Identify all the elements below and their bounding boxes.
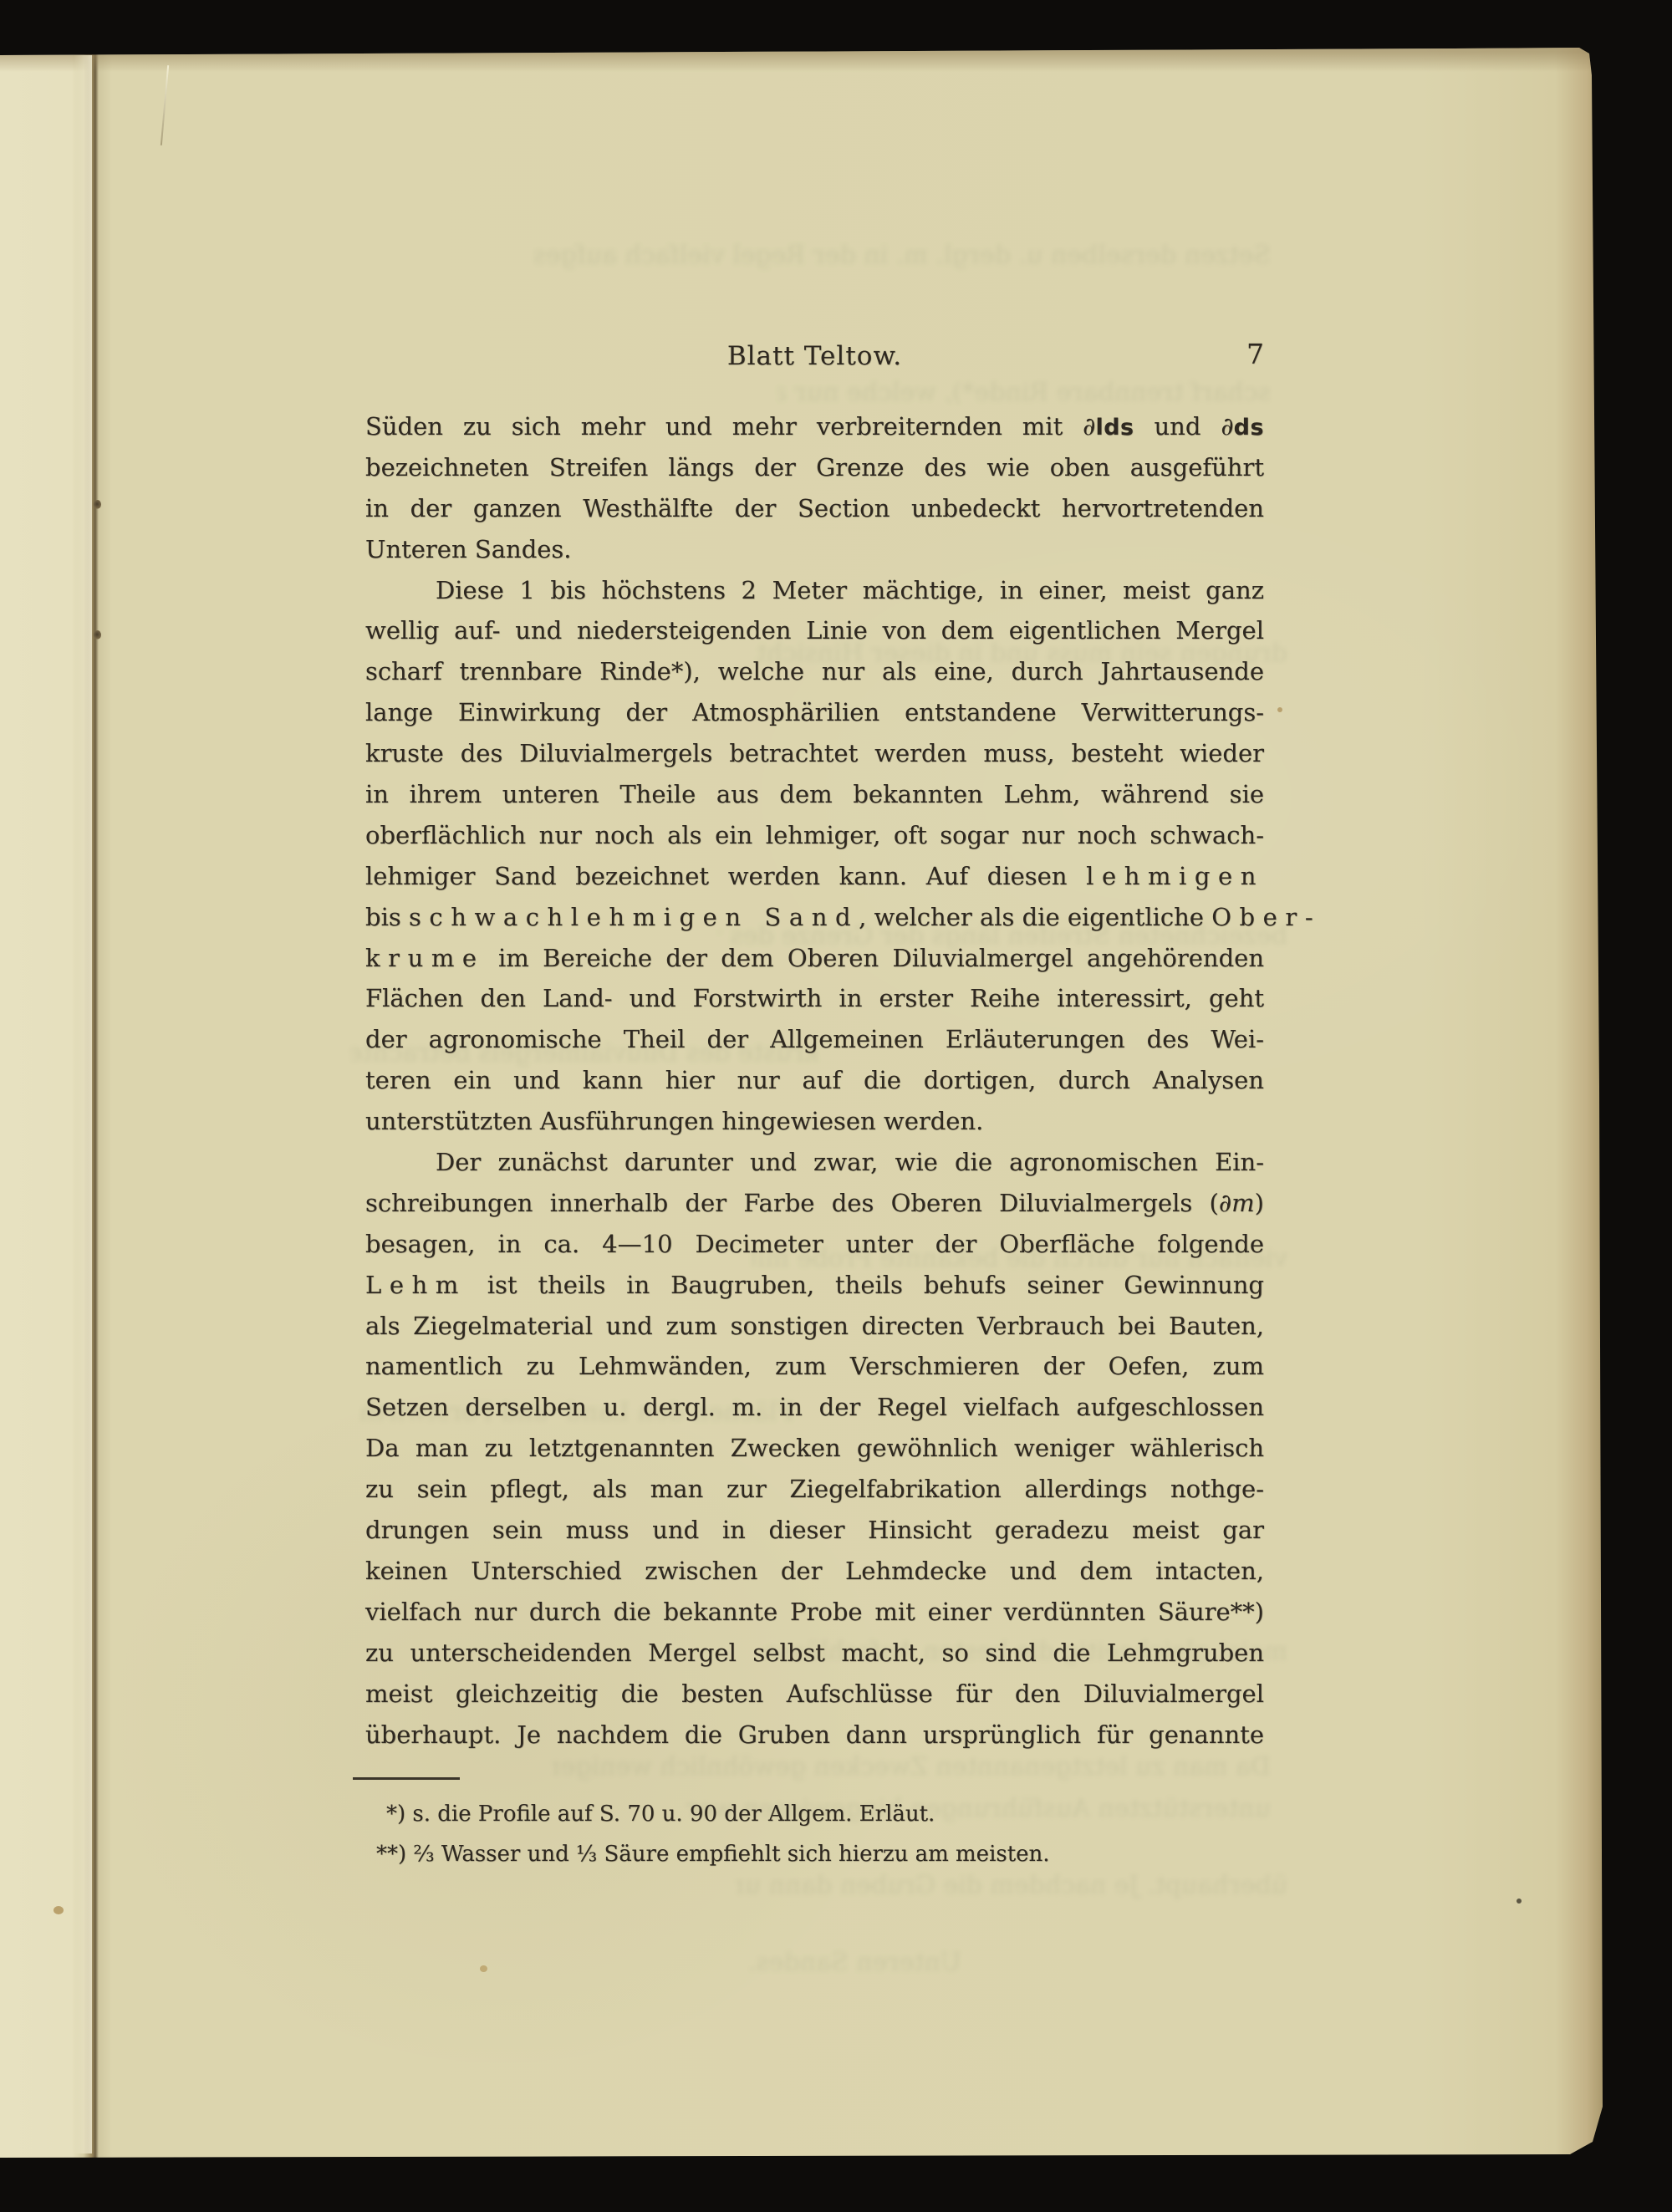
text-segment: Setzen derselben u. dergl. m. in der Reg… <box>365 1393 1264 1421</box>
text-segment: in ihrem unteren Theile aus dem bekannte… <box>365 780 1264 808</box>
text-segment: Der zunächst darunter und zwar, wie die … <box>436 1148 1264 1176</box>
bleed-through-line: Da man zu letztgenannten Zwecken gewöhnl… <box>552 1752 1271 1781</box>
text-segment: im Bereiche der dem Oberen Diluvialmerge… <box>485 944 1264 972</box>
text-segment: Süden zu sich mehr und mehr verbreiternd… <box>365 412 1083 441</box>
text-line: überhaupt. Je nachdem die Gruben dann ur… <box>365 1715 1264 1756</box>
text-segment: drungen sein muss und in dieser Hinsicht… <box>365 1516 1264 1544</box>
text-line: in der ganzen Westhälfte der Section unb… <box>365 488 1264 529</box>
text-segment: Da man zu letztgenannten Zwecken gewöhnl… <box>365 1434 1264 1462</box>
text-segment-b: ds <box>1234 415 1264 441</box>
book-page: Setzen derselben u. dergl. m. in der Reg… <box>0 0 1672 2212</box>
text-segment: zu sein pflegt, als man zur Ziegelfabrik… <box>365 1475 1264 1503</box>
binding-stitch-hole <box>94 500 101 509</box>
text-line: Süden zu sich mehr und mehr verbreiternd… <box>365 406 1264 447</box>
text-line: als Ziegelmaterial und zum sonstigen dir… <box>365 1306 1264 1347</box>
text-segment: wellig auf- und niedersteigenden Linie v… <box>365 616 1264 645</box>
body-text-block: Süden zu sich mehr und mehr verbreiternd… <box>365 406 1264 1755</box>
text-segment-g: krume <box>365 944 485 972</box>
text-line: Der zunächst darunter und zwar, wie die … <box>365 1142 1264 1183</box>
paper-stain <box>480 1965 487 1972</box>
text-segment: als Ziegelmaterial und zum sonstigen dir… <box>365 1312 1264 1340</box>
text-segment: keinen Unterschied zwischen der Lehmdeck… <box>365 1557 1264 1585</box>
text-segment: , welcher als die eigentliche <box>859 903 1211 931</box>
text-line: Unteren Sandes. <box>365 529 1264 570</box>
text-segment: lehmiger Sand bezeichnet werden kann. Au… <box>365 862 1086 890</box>
paper-fiber <box>89 13 170 92</box>
text-segment-g: Lehm <box>365 1271 466 1299</box>
text-line: Da man zu letztgenannten Zwecken gewöhnl… <box>365 1428 1264 1469</box>
bleed-through-line: scharf trennbare Rinde*), welche nur als… <box>777 378 1271 407</box>
text-line: oberflächlich nur noch als ein lehmiger,… <box>365 815 1264 856</box>
text-segment: in der ganzen Westhälfte der Section unb… <box>365 494 1264 522</box>
text-segment: überhaupt. Je nachdem die Gruben dann ur… <box>365 1720 1264 1749</box>
text-segment: der agronomische Theil der Allgemeinen E… <box>365 1025 1264 1053</box>
text-segment-g: lehmigen <box>1086 862 1264 890</box>
bleed-through-line: Unteren Sandes. <box>359 1948 961 1977</box>
footnote-1: *) s. die Profile auf S. 70 u. 90 der Al… <box>386 1799 935 1829</box>
text-segment-g: schwachlehmigen Sand <box>409 903 859 931</box>
text-segment: namentlich zu Lehmwänden, zum Verschmier… <box>365 1352 1264 1380</box>
text-segment: kruste des Diluvialmergels betrachtet we… <box>365 739 1264 767</box>
text-segment: schreibungen innerhalb der Farbe des Obe… <box>365 1189 1219 1217</box>
text-line: lange Einwirkung der Atmosphärilien ents… <box>365 692 1264 733</box>
text-line: krume im Bereiche der dem Oberen Diluvia… <box>365 938 1264 979</box>
text-line: schreibungen innerhalb der Farbe des Obe… <box>365 1183 1264 1224</box>
text-segment-i: m <box>1231 1189 1255 1217</box>
text-segment-g: Ober- <box>1211 903 1321 931</box>
text-line: lehmiger Sand bezeichnet werden kann. Au… <box>365 856 1264 897</box>
text-line: unterstützten Ausführungen hingewiesen w… <box>365 1101 1264 1142</box>
text-segment-sym: ∂ <box>1083 412 1095 441</box>
scan-background: { "page": { "header": { "title": "Blatt … <box>0 0 1672 2212</box>
text-segment: lange Einwirkung der Atmosphärilien ents… <box>365 698 1264 726</box>
text-segment: teren ein und kann hier nur auf die dort… <box>365 1066 1264 1094</box>
text-line: bezeichneten Streifen längs der Grenze d… <box>365 447 1264 488</box>
paper-stain <box>1517 1899 1522 1904</box>
text-line: vielfach nur durch die bekannte Probe mi… <box>365 1592 1264 1633</box>
text-segment: Flächen den Land- und Forstwirth in erst… <box>365 984 1264 1012</box>
text-line: meist gleichzeitig die besten Aufschlüss… <box>365 1674 1264 1715</box>
paper-crack <box>161 65 169 145</box>
text-segment-b: lds <box>1095 415 1134 441</box>
text-segment: zu unterscheidenden Mergel selbst macht,… <box>365 1639 1264 1667</box>
text-line: keinen Unterschied zwischen der Lehmdeck… <box>365 1551 1264 1592</box>
page-number: 7 <box>1195 338 1264 370</box>
paper-stain <box>54 1906 64 1914</box>
paper-stain <box>1277 707 1282 712</box>
text-segment: bis <box>365 903 409 931</box>
text-line: Diese 1 bis höchstens 2 Meter mächtige, … <box>365 570 1264 611</box>
text-segment: besagen, in ca. 4—10 Decimeter unter der… <box>365 1230 1264 1258</box>
text-segment: ist theils in Baugruben, theils behufs s… <box>466 1271 1264 1299</box>
text-line: kruste des Diluvialmergels betrachtet we… <box>365 733 1264 774</box>
text-line: scharf trennbare Rinde*), welche nur als… <box>365 651 1264 692</box>
text-segment: meist gleichzeitig die besten Aufschlüss… <box>365 1679 1264 1708</box>
text-line: teren ein und kann hier nur auf die dort… <box>365 1060 1264 1101</box>
bleed-through-line: überhaupt. Je nachdem die Gruben dann ur… <box>736 1871 1287 1900</box>
text-line: der agronomische Theil der Allgemeinen E… <box>365 1019 1264 1060</box>
text-segment-sym: ∂ <box>1221 412 1233 441</box>
text-line: bis schwachlehmigen Sand, welcher als di… <box>365 897 1264 938</box>
text-line: wellig auf- und niedersteigenden Linie v… <box>365 610 1264 651</box>
footnote-2: **) ⅔ Wasser und ⅓ Säure empfiehlt sich … <box>376 1839 1050 1869</box>
text-line: zu sein pflegt, als man zur Ziegelfabrik… <box>365 1469 1264 1510</box>
text-line: zu unterscheidenden Mergel selbst macht,… <box>365 1633 1264 1674</box>
binding-stitch-hole <box>94 630 101 640</box>
text-segment: bezeichneten Streifen längs der Grenze d… <box>365 453 1264 482</box>
text-segment: Diese 1 bis höchstens 2 Meter mächtige, … <box>436 576 1264 604</box>
text-segment: Unteren Sandes. <box>365 535 572 563</box>
text-line: in ihrem unteren Theile aus dem bekannte… <box>365 774 1264 815</box>
text-segment-sym: ∂ <box>1219 1189 1231 1217</box>
text-segment: scharf trennbare Rinde*), welche nur als… <box>365 657 1264 686</box>
footnote-separator-rule <box>353 1777 460 1780</box>
text-line: namentlich zu Lehmwänden, zum Verschmier… <box>365 1346 1264 1387</box>
text-segment: oberflächlich nur noch als ein lehmiger,… <box>365 821 1264 849</box>
text-line: besagen, in ca. 4—10 Decimeter unter der… <box>365 1224 1264 1265</box>
text-line: drungen sein muss und in dieser Hinsicht… <box>365 1510 1264 1551</box>
text-line: Setzen derselben u. dergl. m. in der Reg… <box>365 1387 1264 1428</box>
binding-crease-highlight <box>74 55 92 2153</box>
text-line: Flächen den Land- und Forstwirth in erst… <box>365 978 1264 1019</box>
text-segment: ) <box>1255 1189 1264 1217</box>
text-segment: unterstützten Ausführungen hingewiesen w… <box>365 1107 983 1135</box>
text-line: Lehm ist theils in Baugruben, theils beh… <box>365 1265 1264 1306</box>
text-segment: vielfach nur durch die bekannte Probe mi… <box>365 1598 1264 1626</box>
text-segment: und <box>1134 412 1221 441</box>
running-head-title: Blatt Teltow. <box>365 341 1264 371</box>
bleed-through-line: Setzen derselben u. dergl. m. in der Reg… <box>535 241 1271 270</box>
